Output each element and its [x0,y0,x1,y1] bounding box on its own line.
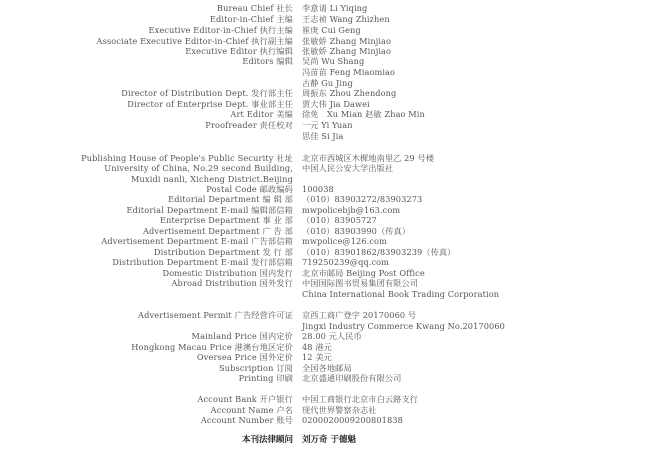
masthead-label: Director of Distribution Dept. 发行部主任 [121,88,293,99]
masthead-label: Bureau Chief 社长 [217,3,293,14]
pricing-label: Printing 印刷 [239,373,293,384]
masthead-row: Proofreader 责任校对一元 Yi Yuan [0,120,646,131]
masthead-row: Bureau Chief 社长李意请 Li Yiqing [0,3,646,14]
contacts-value: （010）83903272/83903273 [302,194,422,205]
masthead-value: 李意请 Li Yiqing [302,3,367,14]
contacts-label: Editorial Department 编 辑 部 [168,194,293,205]
account-label: Account Number 账号 [201,415,293,426]
masthead-row: Director of Distribution Dept. 发行部主任周振东 … [0,88,646,99]
account-label: Account Bank 开户银行 [198,394,294,405]
contacts-row: China International Book Trading Corpora… [0,289,646,300]
masthead-label: Proofreader 责任校对 [205,120,293,131]
pricing-value: 京西工商广登字 20170060 号 [302,310,416,321]
contacts-label: Enterprise Department 事 业 部 [160,215,293,226]
account-value: 中国工商银行北京市白云路支行 [302,394,418,405]
masthead-value: 思佳 Si Jia [302,131,344,142]
account-value: 0200020009200801838 [302,415,403,426]
contacts-label: Distribution Department E-mail 发行部信箱 [112,257,293,268]
contacts-value: 719250239@qq.com [302,257,389,268]
contacts-label: Advertisement Department E-mail 广告部信箱 [101,236,293,247]
publisher-value: 中国人民公安大学出版社 [302,163,393,174]
contacts-label: Abroad Distribution 国外发行 [171,278,293,289]
masthead-row: Art Editor 美编徐免 Xu Mian 赵敏 Zhao Min [0,109,646,120]
masthead-row: Editor-in-Chief 主编王志祯 Wang Zhizhen [0,14,646,25]
masthead-label: Executive Editor-in-Chief 执行主编 [148,25,293,36]
masthead-label: Editor-in-Chief 主编 [210,14,293,25]
legal-counsel-label: 本刊法律顾问 [242,433,293,445]
contacts-value: 中国国际图书贸易集团有限公司 [302,278,418,289]
contacts-row: Editorial Department 编 辑 部（010）83903272/… [0,194,646,205]
legal-counsel-names: 刘万奇 于德魁 [302,433,356,445]
contacts-row: Distribution Department E-mail 发行部信箱7192… [0,257,646,268]
masthead-row: 冯苗苗 Feng Miaomiao [0,67,646,78]
masthead-row: 思佳 Si Jia [0,131,646,142]
masthead-value: 一元 Yi Yuan [302,120,353,131]
masthead-value: 徐免 Xu Mian 赵敏 Zhao Min [302,109,425,120]
pricing-row: Oversea Price 国外定价12 美元 [0,352,646,363]
pricing-value: 28.00 元人民币 [302,331,362,342]
publisher-row: University of China, No.29 second Buildi… [0,163,646,174]
contacts-value: China International Book Trading Corpora… [302,289,499,300]
masthead-value: 崔庚 Cui Geng [302,25,361,36]
pricing-label: Oversea Price 国外定价 [197,352,293,363]
masthead-value: 冯苗苗 Feng Miaomiao [302,67,395,78]
masthead-label: Editors 编辑 [242,56,293,67]
account-row: Account Number 账号0200020009200801838 [0,415,646,426]
pricing-label: Advertisement Permit 广告经营许可证 [138,310,293,321]
masthead-value: 吴尚 Wu Shang [302,56,364,67]
publisher-label: University of China, No.29 second Buildi… [104,163,293,174]
masthead-value: 周振东 Zhou Zhendong [302,88,396,99]
pricing-row: Advertisement Permit 广告经营许可证京西工商广登字 2017… [0,310,646,321]
contacts-value: （010）83905727 [302,215,377,226]
pricing-row: Printing 印刷北京盛通印刷股份有限公司 [0,373,646,384]
contacts-row: Enterprise Department 事 业 部（010）83905727 [0,215,646,226]
contacts-value: mwpolice@126.com [302,236,387,247]
masthead-row: Editors 编辑吴尚 Wu Shang [0,56,646,67]
pricing-value: 北京盛通印刷股份有限公司 [302,373,401,384]
pricing-value: 12 美元 [302,352,332,363]
contacts-row: Abroad Distribution 国外发行中国国际图书贸易集团有限公司 [0,278,646,289]
masthead-value: 王志祯 Wang Zhizhen [302,14,390,25]
account-row: Account Bank 开户银行中国工商银行北京市白云路支行 [0,394,646,405]
masthead-row: Executive Editor-in-Chief 执行主编崔庚 Cui Gen… [0,25,646,36]
masthead-label: Art Editor 美编 [230,109,293,120]
pricing-label: Mainland Price 国内定价 [192,331,293,342]
contacts-row: Advertisement Department E-mail 广告部信箱mwp… [0,236,646,247]
pricing-row: Mainland Price 国内定价28.00 元人民币 [0,331,646,342]
